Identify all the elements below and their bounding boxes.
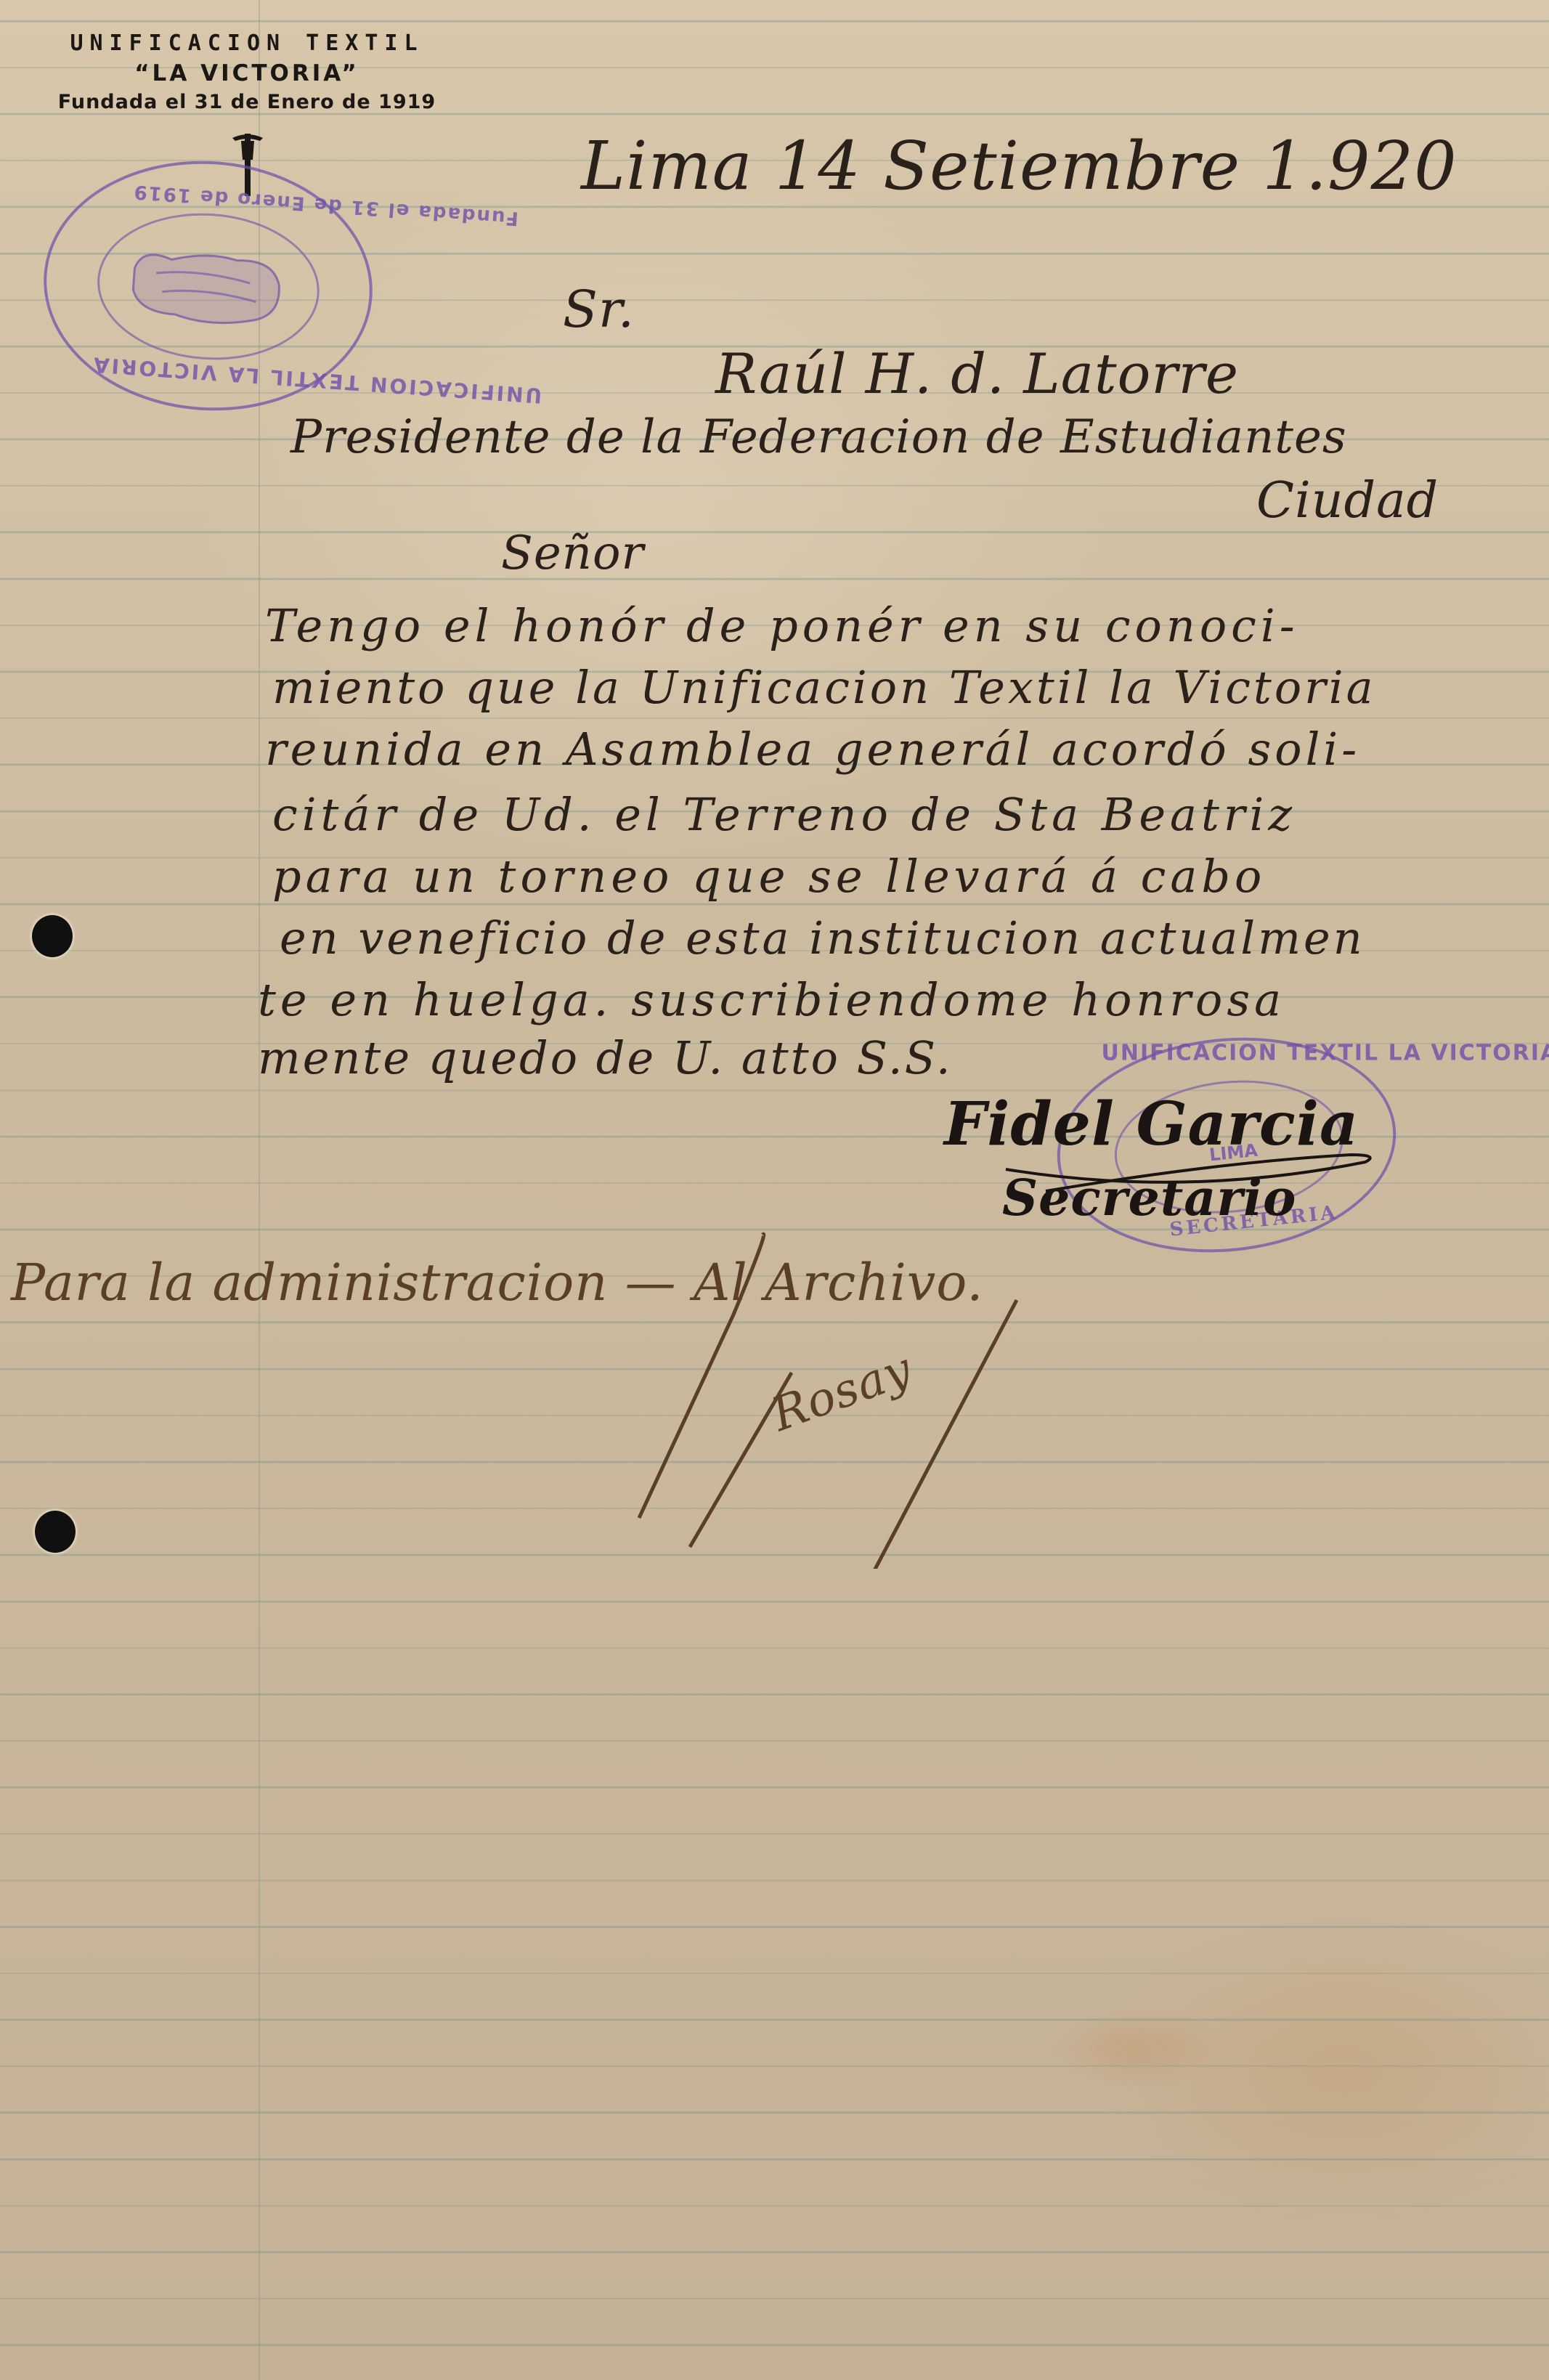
signature-title: Secretario [1002, 1169, 1296, 1227]
letterhead-org: UNIFICACION TEXTIL [51, 31, 443, 56]
clasped-hands-icon [123, 238, 289, 336]
letterhead-founded: Fundada el 31 de Enero de 1919 [51, 91, 443, 113]
stamp-text-top: UNIFICACION TEXTIL LA VICTORIA [1102, 1040, 1549, 1065]
recipient-city: Ciudad [1256, 472, 1439, 529]
body-line: Tengo el honór de ponér en su conoci- [265, 599, 1299, 652]
body-line: te en huelga. suscribiendome honrosa [258, 973, 1285, 1026]
organization-stamp: Fundada el 31 de Enero de 1919 UNIFICACI… [36, 150, 381, 422]
stamp-text-bottom: UNIFICACION TEXTIL LA VICTORIA [91, 352, 542, 407]
body-line: mente quedo de U. atto S.S. [258, 1031, 953, 1084]
letter-page: UNIFICACION TEXTIL “LA VICTORIA” Fundada… [0, 0, 1549, 2380]
body-line: citár de Ud. el Terreno de Sta Beatriz [272, 788, 1296, 841]
body-line: para un torneo que se llevará á cabo [272, 850, 1266, 903]
recipient-name: Raúl H. d. Latorre [715, 341, 1239, 406]
recipient-title: Presidente de la Federacion de Estudiant… [290, 410, 1347, 464]
salutation-prefix: Sr. [563, 280, 635, 339]
letterhead: UNIFICACION TEXTIL “LA VICTORIA” Fundada… [51, 31, 443, 113]
body-line: miento que la Unificacion Textil la Vict… [272, 661, 1376, 714]
letter-date: Lima 14 Setiembre 1.920 [581, 127, 1457, 205]
body-line: reunida en Asamblea generál acordó soli- [265, 723, 1360, 776]
letterhead-name: “LA VICTORIA” [51, 60, 443, 86]
punch-hole-icon [35, 1511, 76, 1553]
body-line: en veneficio de esta institucion actualm… [280, 911, 1365, 964]
greeting: Señor [501, 527, 644, 580]
punch-hole-icon [32, 915, 73, 957]
